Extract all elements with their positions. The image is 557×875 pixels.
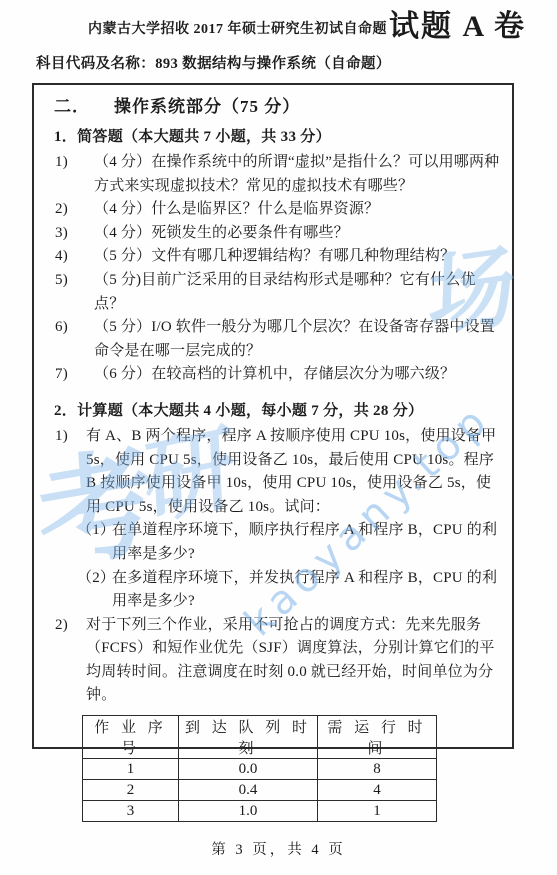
question-text: （5 分）I/O 软件一般分为哪几个层次？在设备寄存器中设置命令是在哪一层完成的… [94, 319, 495, 359]
page-header: 内蒙古大学招收 2017 年硕士研究生初试自命题 试题 A 卷 [88, 12, 549, 42]
section-title: 二． 操作系统部分（75 分） [54, 92, 504, 117]
sub-question-number: （1） [77, 519, 115, 543]
column-header-job-id: 作 业 序 号 [83, 716, 179, 759]
section-box: 二． 操作系统部分（75 分） 1．简答题（本大题共 7 小题，共 33 分） … [32, 83, 514, 749]
job-schedule-table: 作 业 序 号 到 达 队 列 时 刻 需 运 行 时 间 1 0.0 8 2 … [82, 715, 437, 822]
sub-question-item: （2） 在多道程序环境下，并发执行程序 A 和程序 B，CPU 的利用率是多少? [52, 567, 504, 614]
cell-run-time: 8 [318, 759, 437, 780]
exam-paper-page: 内蒙古大学招收 2017 年硕士研究生初试自命题 试题 A 卷 科目代码及名称：… [0, 0, 557, 875]
table-header-row: 作 业 序 号 到 达 队 列 时 刻 需 运 行 时 间 [83, 716, 437, 759]
cell-arrival-time: 1.0 [179, 801, 318, 822]
cell-run-time: 4 [318, 780, 437, 801]
section-title-text: 操作系统部分（75 分） [114, 92, 300, 117]
question-item: 4) （5 分）文件有哪几种逻辑结构？有哪几种物理结构？ [52, 245, 504, 269]
part1-heading: 1．简答题（本大题共 7 小题，共 33 分） [54, 126, 504, 149]
question-number: 3) [55, 222, 68, 246]
cell-job-id: 1 [83, 759, 179, 780]
question-item: 7) （6 分）在较高档的计算机中，存储层次分为哪六级？ [52, 363, 504, 387]
table-row: 2 0.4 4 [83, 780, 437, 801]
page-footer: 第 3 页，共 4 页 [0, 838, 557, 859]
question-number: 5) [55, 269, 68, 293]
sub-question-text: 在单道程序环境下，顺序执行程序 A 和程序 B，CPU 的利用率是多少? [112, 522, 497, 562]
question-item: 2) （4 分）什么是临界区？什么是临界资源？ [52, 198, 504, 222]
question-number: 7) [55, 363, 68, 387]
question-text: （4 分）什么是临界区？什么是临界资源？ [94, 201, 379, 217]
cell-run-time: 1 [318, 801, 437, 822]
question-number: 1) [55, 151, 68, 175]
question-number: 2) [55, 198, 68, 222]
cell-arrival-time: 0.0 [179, 759, 318, 780]
question-item: 5) （5 分)目前广泛采用的目录结构形式是哪种？它有什么优点？ [52, 269, 504, 316]
sub-question-number: （2） [77, 567, 115, 591]
cell-arrival-time: 0.4 [179, 780, 318, 801]
question-text: （4 分）死锁发生的必要条件有哪些？ [94, 225, 349, 241]
question-text: （5 分）文件有哪几种逻辑结构？有哪几种物理结构？ [94, 248, 455, 264]
question-item: 1) 有 A、B 两个程序，程序 A 按顺序使用 CPU 10s，使用设备甲 5… [52, 425, 504, 519]
cell-job-id: 3 [83, 801, 179, 822]
paper-title: 试题 A 卷 [389, 12, 526, 42]
cell-job-id: 2 [83, 780, 179, 801]
question-item: 2) 对于下列三个作业，采用不可抢占的调度方式：先来先服务（FCFS）和短作业优… [52, 614, 504, 708]
part2-heading: 2．计算题（本大题共 4 小题，每小题 7 分，共 28 分） [54, 400, 504, 423]
sub-question-item: （1） 在单道程序环境下，顺序执行程序 A 和程序 B，CPU 的利用率是多少? [52, 519, 504, 566]
question-item: 3) （4 分）死锁发生的必要条件有哪些？ [52, 222, 504, 246]
sub-question-text: 在多道程序环境下，并发执行程序 A 和程序 B，CPU 的利用率是多少? [112, 570, 497, 610]
table-row: 3 1.0 1 [83, 801, 437, 822]
question-text: 对于下列三个作业，采用不可抢占的调度方式：先来先服务（FCFS）和短作业优先（S… [86, 617, 495, 704]
column-header-run-time: 需 运 行 时 间 [318, 716, 437, 759]
subject-code-line: 科目代码及名称：893 数据结构与操作系统（自命题） [36, 52, 391, 73]
column-header-arrival-time: 到 达 队 列 时 刻 [179, 716, 318, 759]
question-number: 4) [55, 245, 68, 269]
question-text: 有 A、B 两个程序，程序 A 按顺序使用 CPU 10s，使用设备甲 5s，使… [86, 428, 496, 515]
question-text: （5 分)目前广泛采用的目录结构形式是哪种？它有什么优点？ [94, 272, 476, 312]
question-item: 6) （5 分）I/O 软件一般分为哪几个层次？在设备寄存器中设置命令是在哪一层… [52, 316, 504, 363]
exam-header-line: 内蒙古大学招收 2017 年硕士研究生初试自命题 [88, 18, 387, 42]
question-text: （6 分）在较高档的计算机中，存储层次分为哪六级？ [94, 366, 455, 382]
question-item: 1) （4 分）在操作系统中的所谓“虚拟”是指什么？可以用哪两种方式来实现虚拟技… [52, 151, 504, 198]
question-number: 6) [55, 316, 68, 340]
question-number: 2) [55, 614, 68, 638]
question-number: 1) [55, 425, 68, 449]
table-row: 1 0.0 8 [83, 759, 437, 780]
question-text: （4 分）在操作系统中的所谓“虚拟”是指什么？可以用哪两种方式来实现虚拟技术？常… [94, 154, 499, 194]
section-number: 二． [54, 92, 90, 117]
